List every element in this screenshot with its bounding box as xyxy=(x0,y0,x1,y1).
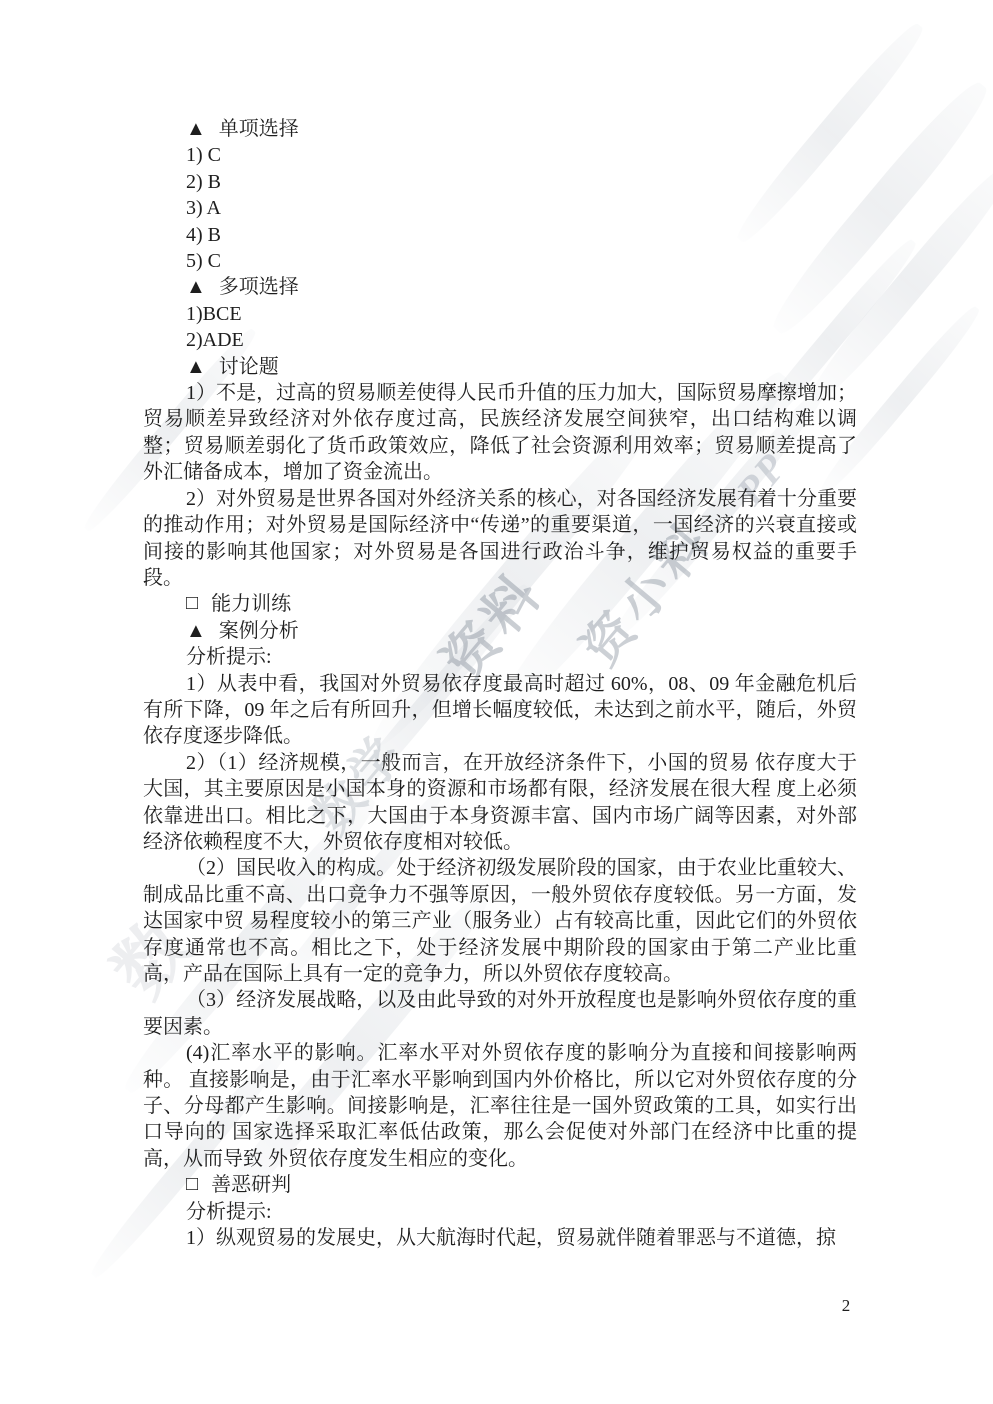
answer-item: 4) B xyxy=(143,222,857,248)
paragraph: 1）不是，过高的贸易顺差使得人民币升值的压力加大，国际贸易摩擦增加；贸易顺差异致… xyxy=(143,380,857,486)
paragraph: (4)汇率水平的影响。汇率水平对外贸依存度的影响分为直接和间接影响两种。 直接影… xyxy=(143,1040,857,1172)
section-heading: □善恶研判 xyxy=(143,1172,857,1198)
section-heading: ▲多项选择 xyxy=(143,274,857,300)
heading-label: 善恶研判 xyxy=(211,1174,291,1196)
document-page: 资料 资小料 数学 PP 数 ▲单项选择1) C2) B3) A4) B5) C… xyxy=(0,0,993,1404)
page-number: 2 xyxy=(826,1296,866,1316)
triangle-marker-icon: ▲ xyxy=(186,354,206,380)
paragraph: 1）纵观贸易的发展史，从大航海时代起，贸易就伴随着罪恶与不道德，掠 xyxy=(143,1225,857,1251)
triangle-marker-icon: ▲ xyxy=(186,116,206,142)
heading-label: 案例分析 xyxy=(219,620,299,642)
square-marker-icon: □ xyxy=(186,1171,198,1197)
answer-item: 3) A xyxy=(143,195,857,221)
answer-item: 5) C xyxy=(143,248,857,274)
document-body: ▲单项选择1) C2) B3) A4) B5) C▲多项选择1)BCE2)ADE… xyxy=(143,116,857,1251)
section-heading: ▲单项选择 xyxy=(143,116,857,142)
answer-item: 分析提示: xyxy=(143,644,857,670)
heading-label: 多项选择 xyxy=(219,276,299,298)
section-heading: ▲讨论题 xyxy=(143,354,857,380)
section-heading: ▲案例分析 xyxy=(143,618,857,644)
paragraph: 2）（1）经济规模，一般而言，在开放经济条件下，小国的贸易 依存度大于大国，其主… xyxy=(143,750,857,856)
answer-item: 2) B xyxy=(143,169,857,195)
heading-label: 能力训练 xyxy=(211,593,291,615)
answer-item: 2)ADE xyxy=(143,327,857,353)
paragraph: （2）国民收入的构成。处于经济初级发展阶段的国家，由于农业比重较大、制成品比重不… xyxy=(143,855,857,987)
square-marker-icon: □ xyxy=(186,590,198,616)
heading-label: 讨论题 xyxy=(219,356,279,378)
triangle-marker-icon: ▲ xyxy=(186,274,206,300)
paragraph: 1）从表中看，我国对外贸易依存度最高时超过 60%，08、09 年金融危机后有所… xyxy=(143,671,857,750)
heading-label: 单项选择 xyxy=(219,118,299,140)
triangle-marker-icon: ▲ xyxy=(186,618,206,644)
section-heading: □能力训练 xyxy=(143,591,857,617)
paragraph: （3）经济发展战略，以及由此导致的对外开放程度也是影响外贸依存度的重要因素。 xyxy=(143,987,857,1040)
paragraph: 2）对外贸易是世界各国对外经济关系的核心，对各国经济发展有着十分重要的推动作用；… xyxy=(143,486,857,592)
answer-item: 1) C xyxy=(143,142,857,168)
answer-item: 1)BCE xyxy=(143,301,857,327)
answer-item: 分析提示: xyxy=(143,1199,857,1225)
